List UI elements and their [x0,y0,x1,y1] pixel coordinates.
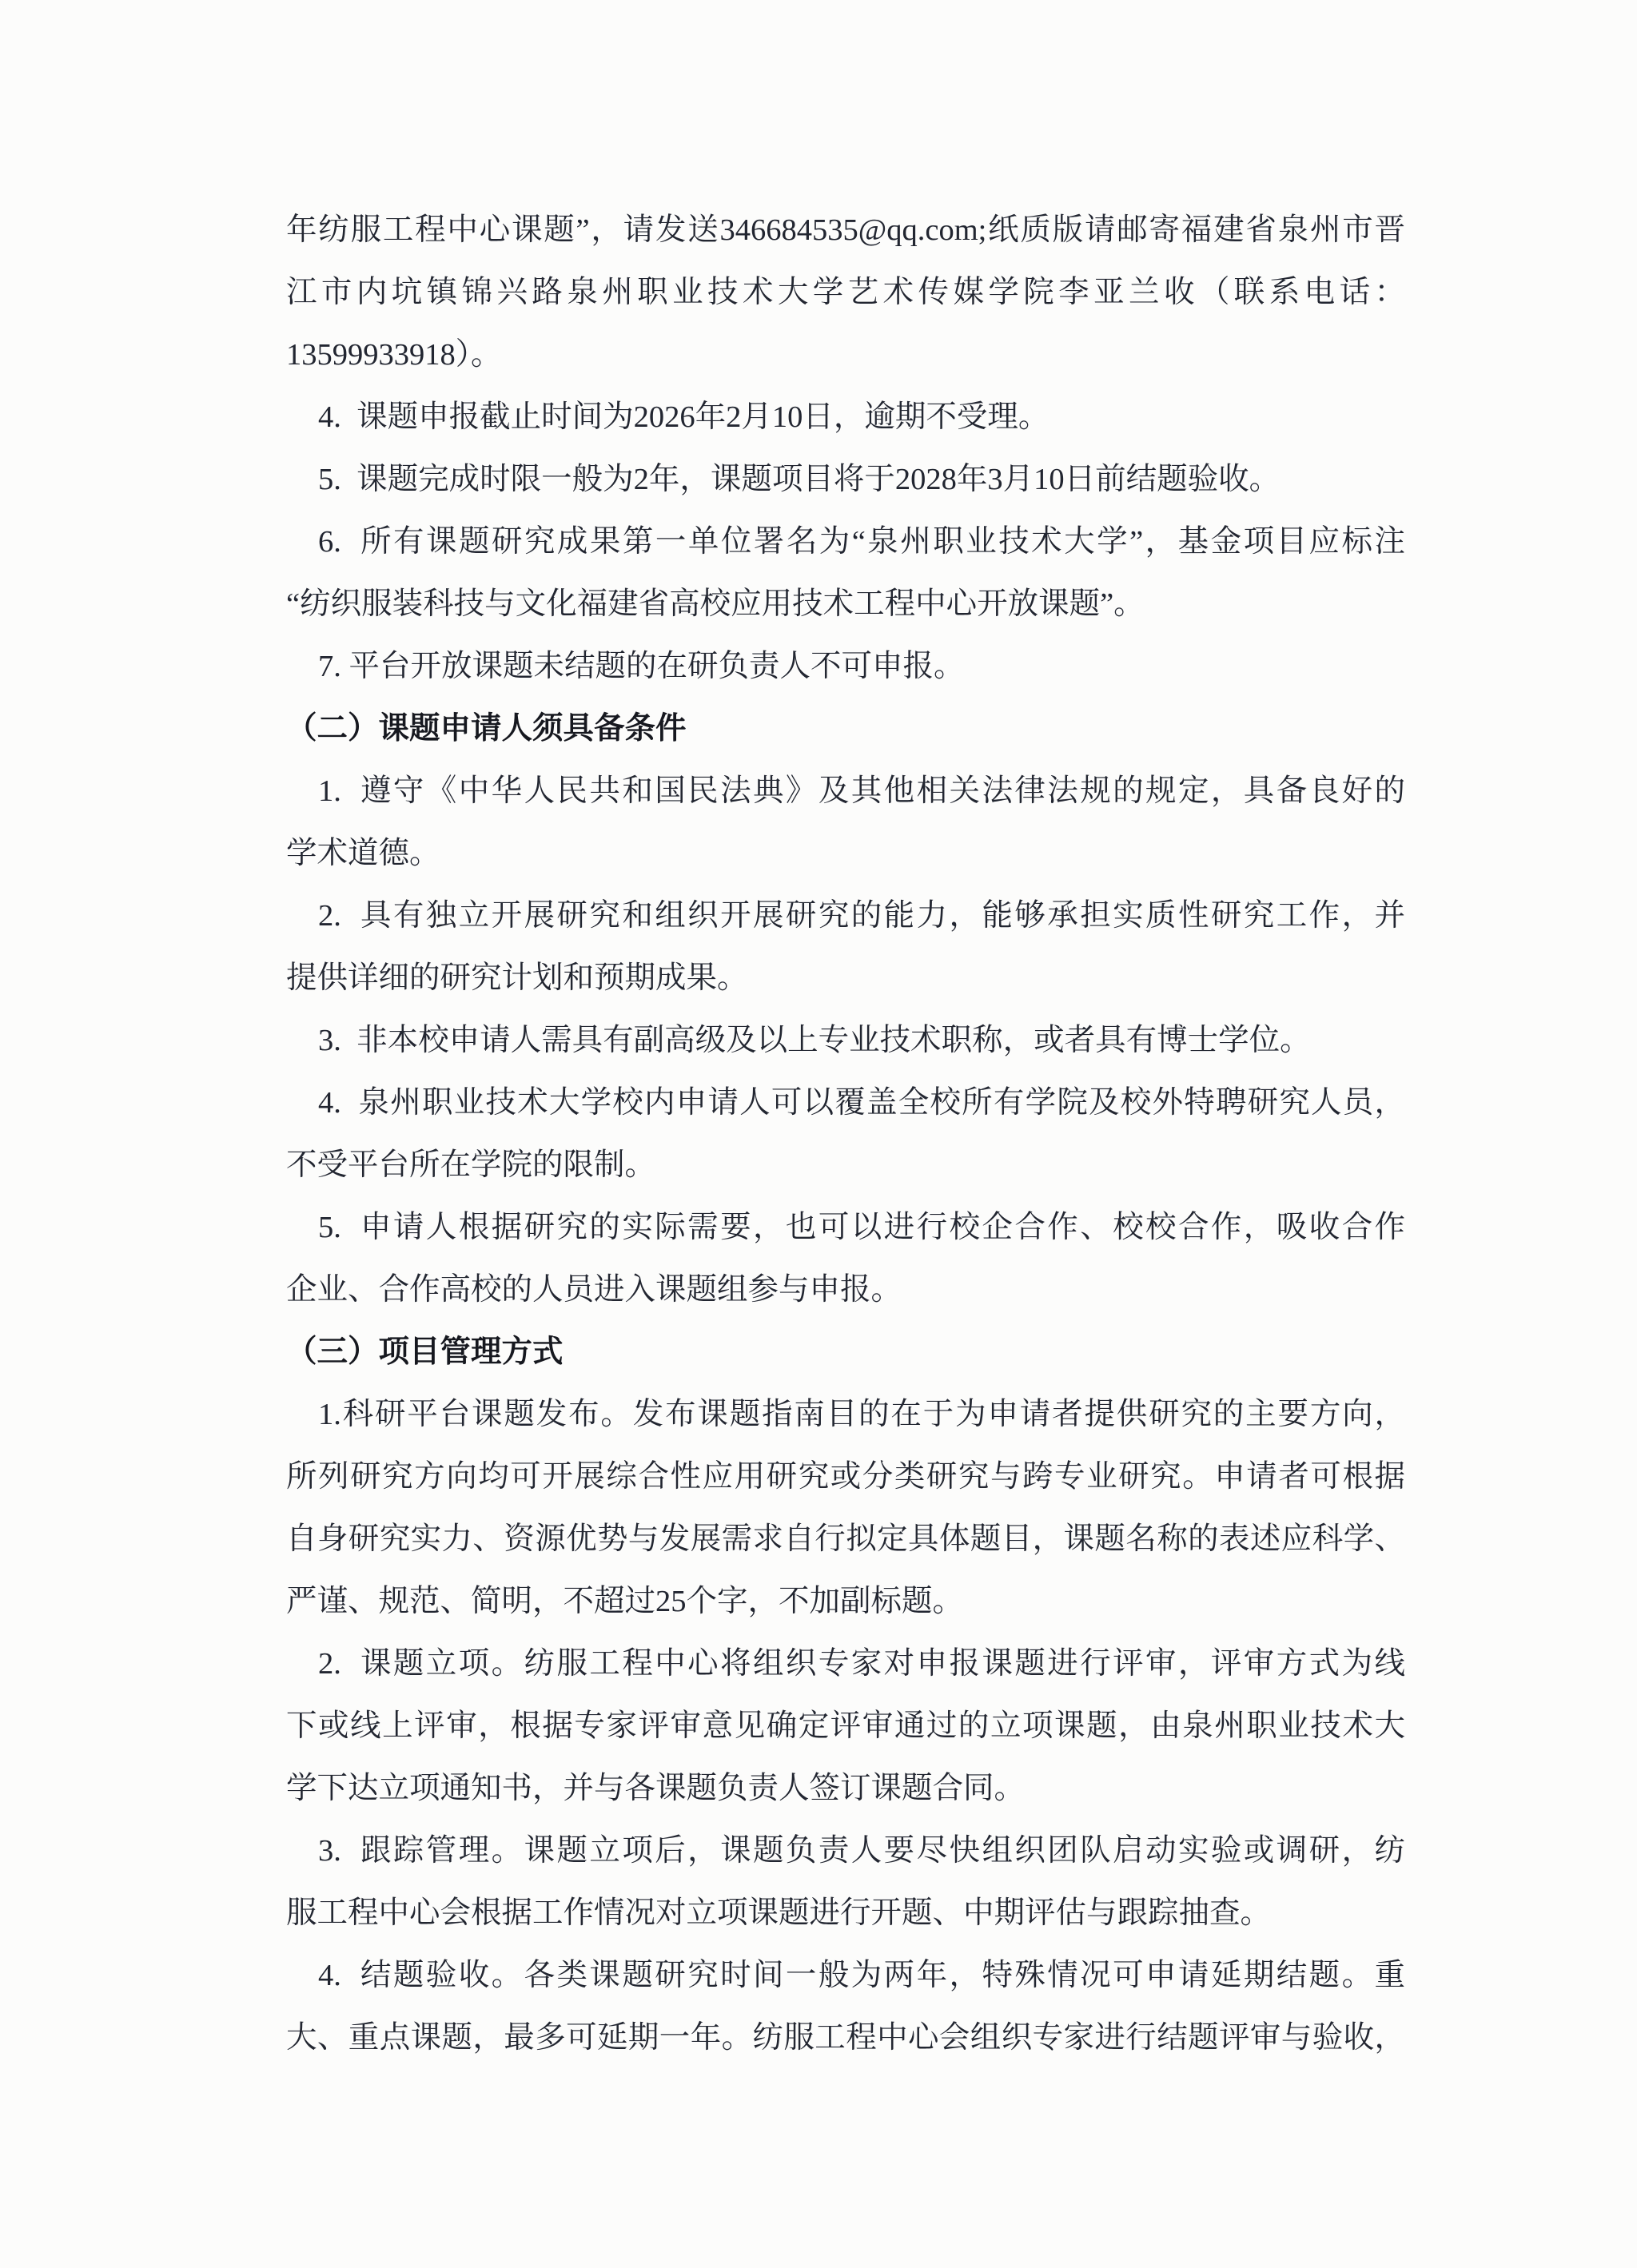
document-line: 4. 课题申报截止时间为2026年2月10日，逾期不受理。 [286,386,1405,448]
document-line: 下或线上评审，根据专家评审意见确定评审通过的立项课题，由泉州职业技术大 [286,1695,1405,1757]
document-line: 6. 所有课题研究成果第一单位署名为“泉州职业技术大学”，基金项目应标注 [286,511,1405,573]
document-line: 1. 遵守《中华人民共和国民法典》及其他相关法律法规的规定，具备良好的 [286,760,1405,822]
document-line: 提供详细的研究计划和预期成果。 [286,947,1405,1009]
document-text-block: 年纺服工程中心课题”，请发送346684535@qq.com;纸质版请邮寄福建省… [286,199,1405,2069]
document-line: 大、重点课题，最多可延期一年。纺服工程中心会组织专家进行结题评审与验收， [286,2007,1405,2069]
document-line: 5. 申请人根据研究的实际需要，也可以进行校企合作、校校合作，吸收合作 [286,1196,1405,1259]
document-line: 7. 平台开放课题未结题的在研负责人不可申报。 [286,635,1405,698]
document-line: 服工程中心会根据工作情况对立项课题进行开题、中期评估与跟踪抽查。 [286,1882,1405,1944]
document-line: 3. 非本校申请人需具有副高级及以上专业技术职称，或者具有博士学位。 [286,1009,1405,1072]
document-page: 年纺服工程中心课题”，请发送346684535@qq.com;纸质版请邮寄福建省… [0,0,1637,2268]
document-line: “纺织服装科技与文化福建省高校应用技术工程中心开放课题”。 [286,573,1405,635]
document-line: 自身研究实力、资源优势与发展需求自行拟定具体题目，课题名称的表述应科学、 [286,1508,1405,1570]
document-line: 2. 具有独立开展研究和组织开展研究的能力，能够承担实质性研究工作，并 [286,885,1405,947]
document-line: 江市内坑镇锦兴路泉州职业技术大学艺术传媒学院李亚兰收（联系电话： [286,261,1405,324]
document-line: 13599933918）。 [286,324,1405,386]
document-line: 5. 课题完成时限一般为2年，课题项目将于2028年3月10日前结题验收。 [286,448,1405,511]
document-line: 企业、合作高校的人员进入课题组参与申报。 [286,1259,1405,1321]
section-heading: （三）项目管理方式 [286,1321,1405,1383]
document-line: 2. 课题立项。纺服工程中心将组织专家对申报课题进行评审，评审方式为线 [286,1633,1405,1695]
document-line: 学下达立项通知书，并与各课题负责人签订课题合同。 [286,1757,1405,1820]
document-line: 4. 结题验收。各类课题研究时间一般为两年，特殊情况可申请延期结题。重 [286,1944,1405,2007]
section-heading: （二）课题申请人须具备条件 [286,698,1405,760]
document-line: 3. 跟踪管理。课题立项后，课题负责人要尽快组织团队启动实验或调研，纺 [286,1820,1405,1882]
document-line: 1.科研平台课题发布。发布课题指南目的在于为申请者提供研究的主要方向， [286,1383,1405,1446]
document-line: 严谨、规范、简明，不超过25个字，不加副标题。 [286,1570,1405,1633]
document-line: 所列研究方向均可开展综合性应用研究或分类研究与跨专业研究。申请者可根据 [286,1446,1405,1508]
document-line: 年纺服工程中心课题”，请发送346684535@qq.com;纸质版请邮寄福建省… [286,199,1405,261]
document-line: 学术道德。 [286,822,1405,885]
document-line: 不受平台所在学院的限制。 [286,1134,1405,1196]
document-line: 4. 泉州职业技术大学校内申请人可以覆盖全校所有学院及校外特聘研究人员， [286,1072,1405,1134]
